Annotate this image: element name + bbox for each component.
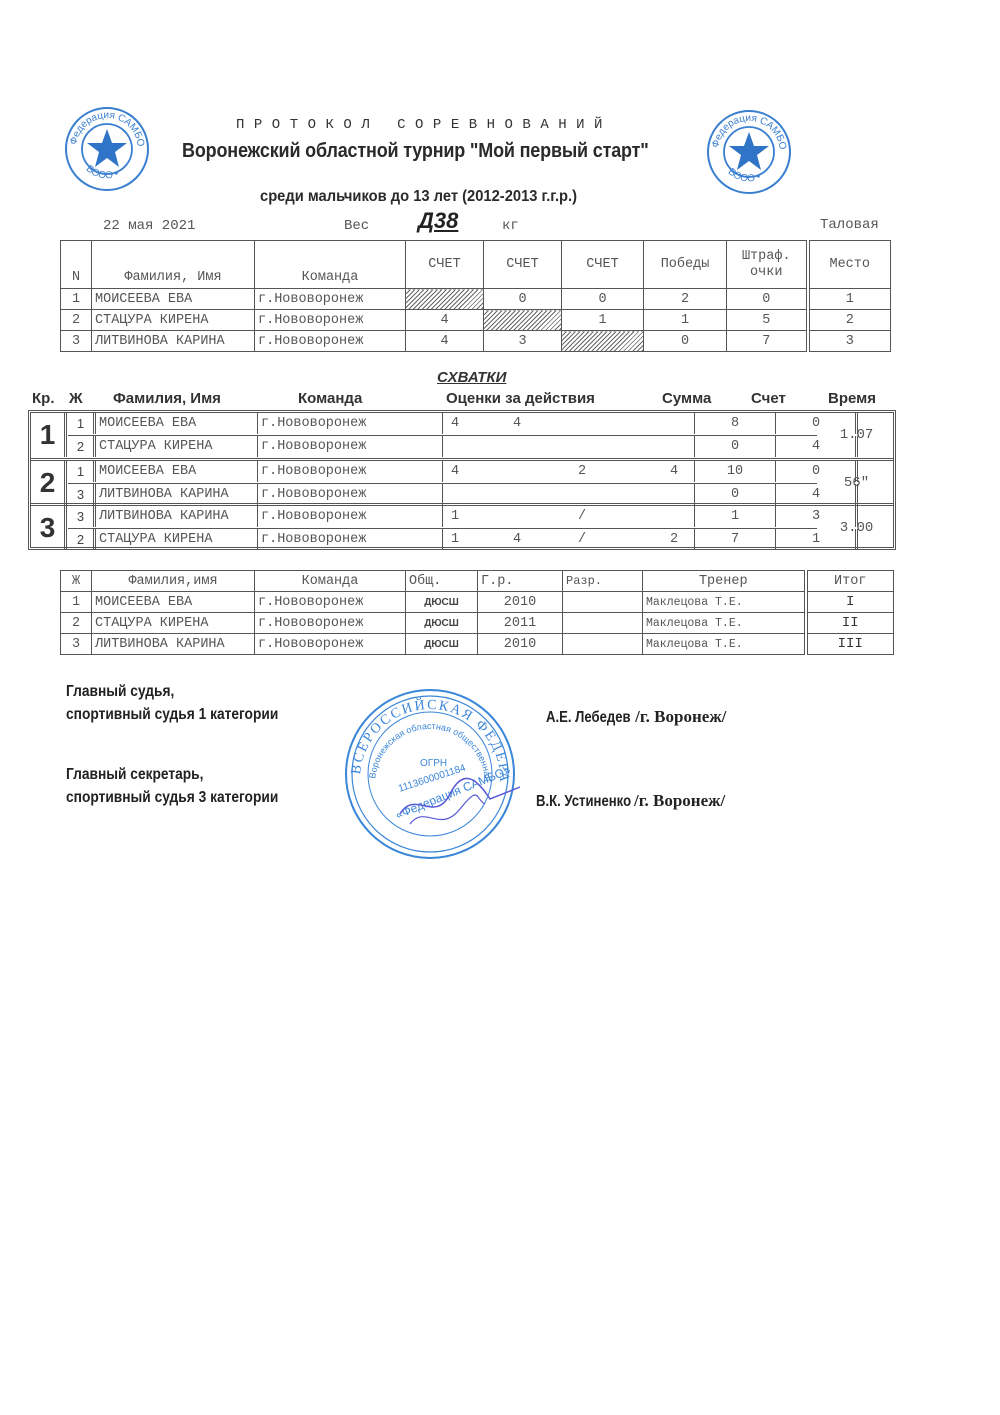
chief-secretary-signature: В.К. Устиненко/г. Воронеж/ [536,791,725,811]
row-result: I [806,592,894,613]
row-place: 2 [808,310,891,331]
col-header-birth-year: Г.р. [478,571,563,592]
bout-competitor-row: 1МОИСЕЕВА ЕВАг.Нововоронеж424100 [68,461,817,482]
chief-judge-city: /г. Воронеж/ [635,707,726,726]
col-header-rank: Разр. [563,571,643,592]
row-wins: 1 [644,310,727,331]
row-society: ДЮСШ [406,634,478,655]
row-rank [563,634,643,655]
col-header-team: Команда [255,571,406,592]
competitor-actions: 1/ [443,506,695,527]
competitor-name: МОИСЕЕВА ЕВА [97,413,258,434]
round-robin-table: N Фамилия, Имя Команда СЧЕТ СЧЕТ СЧЕТ По… [60,240,891,352]
competitor-actions: 424 [443,461,695,482]
competitor-sum: 0 [695,436,776,457]
chief-judge-title-line1: Главный судья, [66,680,278,703]
table-row: 2 СТАЦУРА КИРЕНА г.Нововоронеж 4 1 1 5 2 [61,310,891,331]
row-coach: Маклецова Т.Е. [643,613,806,634]
table-row: 3 ЛИТВИНОВА КАРИНА г.Нововоронеж ДЮСШ 20… [61,634,894,655]
competitor-draw: 2 [68,436,96,457]
action-score: 4 [670,461,678,482]
col-header-name: Фамилия,имя [92,571,255,592]
bouts-col-draw: Ж [69,390,83,407]
competitor-team: г.Нововоронеж [259,436,443,457]
col-header-team: Команда [255,241,406,289]
row-birth-year: 2010 [478,592,563,613]
row-team: г.Нововоронеж [255,289,406,310]
competitor-sum: 10 [695,461,776,482]
row-penalty: 5 [727,310,808,331]
chief-secretary-title-line2: спортивный судья 3 категории [66,786,278,809]
row-birth-year: 2010 [478,634,563,655]
action-score: 2 [670,529,678,550]
protocol-title: ПРОТОКОЛ СОРЕВНОВАНИЙ [236,117,636,133]
action-score: 1 [451,529,459,550]
col-header-society: Общ. [406,571,478,592]
weight-category: Д38 [418,208,458,234]
self-cell-hatched [406,289,484,310]
row-name: МОИСЕЕВА ЕВА [92,289,255,310]
logo-stamp-left: Федерация САМБО ВООО • [64,106,150,192]
col-header-penalty: Штраф. очки [727,241,808,289]
row-team: г.Нововоронеж [255,331,406,352]
row-society: ДЮСШ [406,613,478,634]
competitor-sum: 1 [695,506,776,527]
col-header-name: Фамилия, Имя [92,241,255,289]
competitor-draw: 3 [68,506,96,527]
competitor-name: ЛИТВИНОВА КАРИНА [97,484,258,505]
row-team: г.Нововоронеж [255,613,406,634]
row-rank [563,592,643,613]
col-header-score-3: СЧЕТ [562,241,644,289]
bout-time: 3.00 [820,506,893,550]
bout-round-number: 2 [31,461,67,505]
row-n: 3 [61,331,92,352]
competitor-actions [443,436,695,457]
row-score: 3 [484,331,562,352]
row-place: 3 [808,331,891,352]
competitor-draw: 3 [68,484,96,505]
row-name: ЛИТВИНОВА КАРИНА [92,331,255,352]
bouts-col-score: Счет [751,390,786,407]
competitor-team: г.Нововоронеж [259,461,443,482]
competitor-name: СТАЦУРА КИРЕНА [97,436,258,457]
bout-competitor-row: 3ЛИТВИНОВА КАРИНАг.Нововоронеж04 [68,483,817,505]
row-penalty: 0 [727,289,808,310]
action-score: 4 [451,413,459,434]
svg-text:ВООО •: ВООО • [726,166,763,184]
bouts-col-time: Время [828,390,876,407]
row-place: 1 [808,289,891,310]
row-team: г.Нововоронеж [255,634,406,655]
table-header-row: Ж Фамилия,имя Команда Общ. Г.р. Разр. Тр… [61,571,894,592]
action-score: 4 [513,529,521,550]
row-rank [563,613,643,634]
row-coach: Маклецова Т.Е. [643,634,806,655]
competitor-team: г.Нововоронеж [259,506,443,527]
self-cell-hatched [484,310,562,331]
competitor-name: СТАЦУРА КИРЕНА [97,529,258,550]
age-group-subtitle: среди мальчиков до 13 лет (2012-2013 г.г… [260,188,577,206]
col-header-wins: Победы [644,241,727,289]
col-header-coach: Тренер [643,571,806,592]
row-wins: 2 [644,289,727,310]
competitor-sum: 7 [695,529,776,550]
row-name: СТАЦУРА КИРЕНА [92,613,255,634]
bout-competitor-row: 2СТАЦУРА КИРЕНАг.Нововоронеж14/271 [68,528,817,550]
self-cell-hatched [562,331,644,352]
competitor-sum: 8 [695,413,776,434]
chief-secretary-title-line1: Главный секретарь, [66,763,278,786]
chief-judge-name: А.Е. Лебедев [546,709,631,727]
bout-competitor-row: 3ЛИТВИНОВА КАРИНАг.Нововоронеж1/13 [68,506,817,527]
svg-text:ВООО •: ВООО • [84,163,121,181]
tournament-title: Воронежский областной турнир "Мой первый… [182,140,632,163]
bout-2: 21МОИСЕЕВА ЕВАг.Нововоронеж4241003ЛИТВИН… [31,458,893,505]
row-result: III [806,634,894,655]
competitor-actions: 44 [443,413,695,434]
row-draw: 2 [61,613,92,634]
weight-label: Вес [344,218,369,234]
row-team: г.Нововоронеж [255,310,406,331]
table-row: 2 СТАЦУРА КИРЕНА г.Нововоронеж ДЮСШ 2011… [61,613,894,634]
table-row: 1 МОИСЕЕВА ЕВА г.Нововоронеж 0 0 2 0 1 [61,289,891,310]
federation-logo-icon: Федерация САМБО ВООО • [706,109,792,195]
bout-time: 56" [820,461,893,505]
col-header-score-2: СЧЕТ [484,241,562,289]
table-row: 1 МОИСЕЕВА ЕВА г.Нововоронеж ДЮСШ 2010 М… [61,592,894,613]
bouts-col-sum: Сумма [662,390,711,407]
col-header-result: Итог [806,571,894,592]
col-header-place: Место [808,241,891,289]
chief-secretary-title: Главный секретарь, спортивный судья 3 ка… [66,763,278,809]
row-n: 1 [61,289,92,310]
action-score: 1 [451,506,459,527]
row-n: 2 [61,310,92,331]
row-score: 4 [406,331,484,352]
competitor-actions [443,484,695,505]
row-team: г.Нововоронеж [255,592,406,613]
table-row: 3 ЛИТВИНОВА КАРИНА г.Нововоронеж 4 3 0 7… [61,331,891,352]
competitor-actions: 14/2 [443,529,695,550]
bouts-col-team: Команда [298,390,362,407]
competitor-draw: 2 [68,529,96,550]
row-name: СТАЦУРА КИРЕНА [92,310,255,331]
competitor-draw: 1 [68,413,96,434]
chief-judge-signature: А.Е. Лебедев/г. Воронеж/ [546,707,726,727]
competitor-team: г.Нововоронеж [259,484,443,505]
bout-competitor-row: 2СТАЦУРА КИРЕНАг.Нововоронеж04 [68,435,817,457]
bout-competitor-row: 1МОИСЕЕВА ЕВАг.Нововоронеж4480 [68,413,817,434]
bouts-table: 11МОИСЕЕВА ЕВАг.Нововоронеж44802СТАЦУРА … [28,410,896,550]
bout-time: 1.07 [820,413,893,457]
row-score: 1 [562,310,644,331]
official-stamp: ВСЕРОССИЙСКАЯ ФЕДЕРАЦИЯ САМБО Воронежска… [340,684,520,864]
bout-3: 33ЛИТВИНОВА КАРИНАг.Нововоронеж1/132СТАЦ… [31,503,893,550]
official-stamp-icon: ВСЕРОССИЙСКАЯ ФЕДЕРАЦИЯ САМБО Воронежска… [340,684,520,864]
action-score: 4 [451,461,459,482]
row-name: МОИСЕЕВА ЕВА [92,592,255,613]
row-score: 0 [562,289,644,310]
competitor-name: ЛИТВИНОВА КАРИНА [97,506,258,527]
location: Таловая [820,217,879,233]
bouts-col-actions: Оценки за действия [446,390,595,407]
row-coach: Маклецова Т.Е. [643,592,806,613]
logo-stamp-right: Федерация САМБО ВООО • [706,109,792,195]
row-result: II [806,613,894,634]
row-score: 4 [406,310,484,331]
results-table: Ж Фамилия,имя Команда Общ. Г.р. Разр. Тр… [60,570,894,655]
col-header-n: N [61,241,92,289]
chief-judge-title-line2: спортивный судья 1 категории [66,703,278,726]
col-header-score-1: СЧЕТ [406,241,484,289]
competitor-team: г.Нововоронеж [259,413,443,434]
competitor-draw: 1 [68,461,96,482]
bout-1: 11МОИСЕЕВА ЕВАг.Нововоронеж44802СТАЦУРА … [31,413,893,457]
action-score: / [578,529,586,550]
bouts-col-name: Фамилия, Имя [113,390,221,407]
svg-text:ОГРН: ОГРН [420,758,447,769]
row-draw: 1 [61,592,92,613]
col-header-draw: Ж [61,571,92,592]
bout-round-number: 1 [31,413,67,457]
chief-judge-title: Главный судья, спортивный судья 1 катего… [66,680,278,726]
competitor-team: г.Нововоронеж [259,529,443,550]
bout-round-number: 3 [31,506,67,550]
row-draw: 3 [61,634,92,655]
row-society: ДЮСШ [406,592,478,613]
federation-logo-icon: Федерация САМБО ВООО • [64,106,150,192]
bouts-title: СХВАТКИ [437,369,506,386]
row-birth-year: 2011 [478,613,563,634]
chief-secretary-city: /г. Воронеж/ [634,791,725,810]
row-penalty: 7 [727,331,808,352]
action-score: / [578,506,586,527]
row-score: 0 [484,289,562,310]
chief-secretary-name: В.К. Устиненко [536,793,631,811]
weight-unit: кг [502,218,519,234]
table-header-row: N Фамилия, Имя Команда СЧЕТ СЧЕТ СЧЕТ По… [61,241,891,289]
date: 22 мая 2021 [103,218,195,234]
competitor-sum: 0 [695,484,776,505]
competitor-name: МОИСЕЕВА ЕВА [97,461,258,482]
action-score: 4 [513,413,521,434]
bouts-col-round: Кр. [32,390,55,407]
row-wins: 0 [644,331,727,352]
action-score: 2 [578,461,586,482]
row-name: ЛИТВИНОВА КАРИНА [92,634,255,655]
penalty-header-text: Штраф. очки [742,249,791,280]
